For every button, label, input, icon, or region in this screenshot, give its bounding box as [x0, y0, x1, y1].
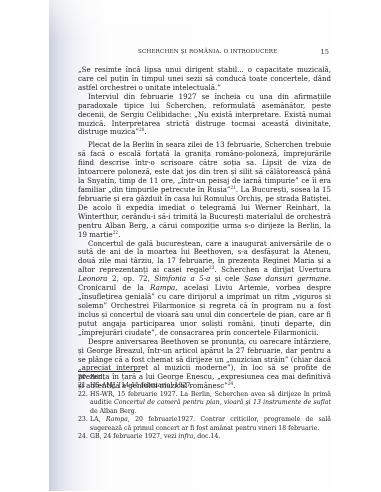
paragraph-text: și cele: [210, 274, 244, 283]
paragraph-text: .: [144, 127, 146, 136]
work-title: Leonora: [78, 274, 107, 283]
work-title: Concertul de cameră pentru pian, vioară …: [114, 399, 331, 406]
footnote-text: GB, 24 februarie 1927, vezi: [90, 433, 178, 440]
publication-title: Rampa: [106, 416, 128, 423]
paragraph-text: Interviul din februarie 1927 se încheia …: [78, 92, 331, 137]
footnote-text: infra: [178, 433, 193, 440]
publication-title: Rampa: [150, 283, 175, 292]
footnote-number: 22.: [78, 391, 88, 399]
paragraph-text: , același Liviu Artemie, vorbea despre „…: [78, 283, 331, 337]
paragraph-departure: Plecat de la Berlin în seara zilei de 13…: [78, 141, 331, 239]
footnote-number: 21.: [78, 382, 88, 390]
page-number: 15: [321, 49, 329, 56]
paragraph-text: .: [118, 230, 120, 239]
footnote-text: HS-AMJ, [14-15 februarie] 1927.: [90, 382, 192, 389]
paragraph-text: „Se resimte încă lipsa unui dirigent sta…: [78, 65, 331, 92]
footnote-text: , doc.14.: [193, 433, 220, 440]
footnote-separator: [78, 371, 141, 372]
footnotes: 20.Ibid. 21.HS-AMJ, [14-15 februarie] 19…: [78, 374, 331, 442]
running-header: Scherchen și România. O introducere 15: [78, 49, 331, 59]
work-title: Simfonia a 5-a: [154, 274, 210, 283]
footnote-20: 20.Ibid.: [78, 374, 331, 382]
footnote-number: 23.: [78, 416, 88, 424]
running-header-title: Scherchen și România. O introducere: [138, 49, 277, 55]
footnote-number: 24.: [78, 433, 88, 441]
footnote-text: LA,: [90, 416, 106, 423]
paragraph-text: . Scherchen a dirijat Uvertura: [214, 265, 331, 274]
footnote-24: 24.GB, 24 februarie 1927, vezi infra, do…: [78, 433, 331, 441]
book-page: Scherchen și România. O introducere 15 „…: [49, 0, 333, 491]
footnote-22: 22.HS-WR, 15 februarie 1927. La Berlin, …: [78, 391, 331, 416]
paragraph-quote: „Se resimte încă lipsa unui dirigent sta…: [78, 66, 331, 93]
footnote-number: 20.: [78, 374, 88, 382]
work-title: Șase dansuri germane: [244, 274, 329, 283]
footnote-21: 21.HS-AMJ, [14-15 februarie] 1927.: [78, 382, 331, 390]
footnote-text: Ibid.: [90, 374, 104, 381]
footnote-23: 23.LA, Rampa, 20 februarie1927. Contrar …: [78, 416, 331, 433]
body-text: „Se resimte încă lipsa unui dirigent sta…: [78, 66, 331, 391]
footnote-text: de Alban Berg.: [90, 408, 137, 415]
paragraph-gala-concert: Concertul de gală bucureștean, care a in…: [78, 240, 331, 338]
paragraph-interview: Interviul din februarie 1927 se încheia …: [78, 93, 331, 138]
paragraph-text: 2, op. 72,: [107, 274, 154, 283]
